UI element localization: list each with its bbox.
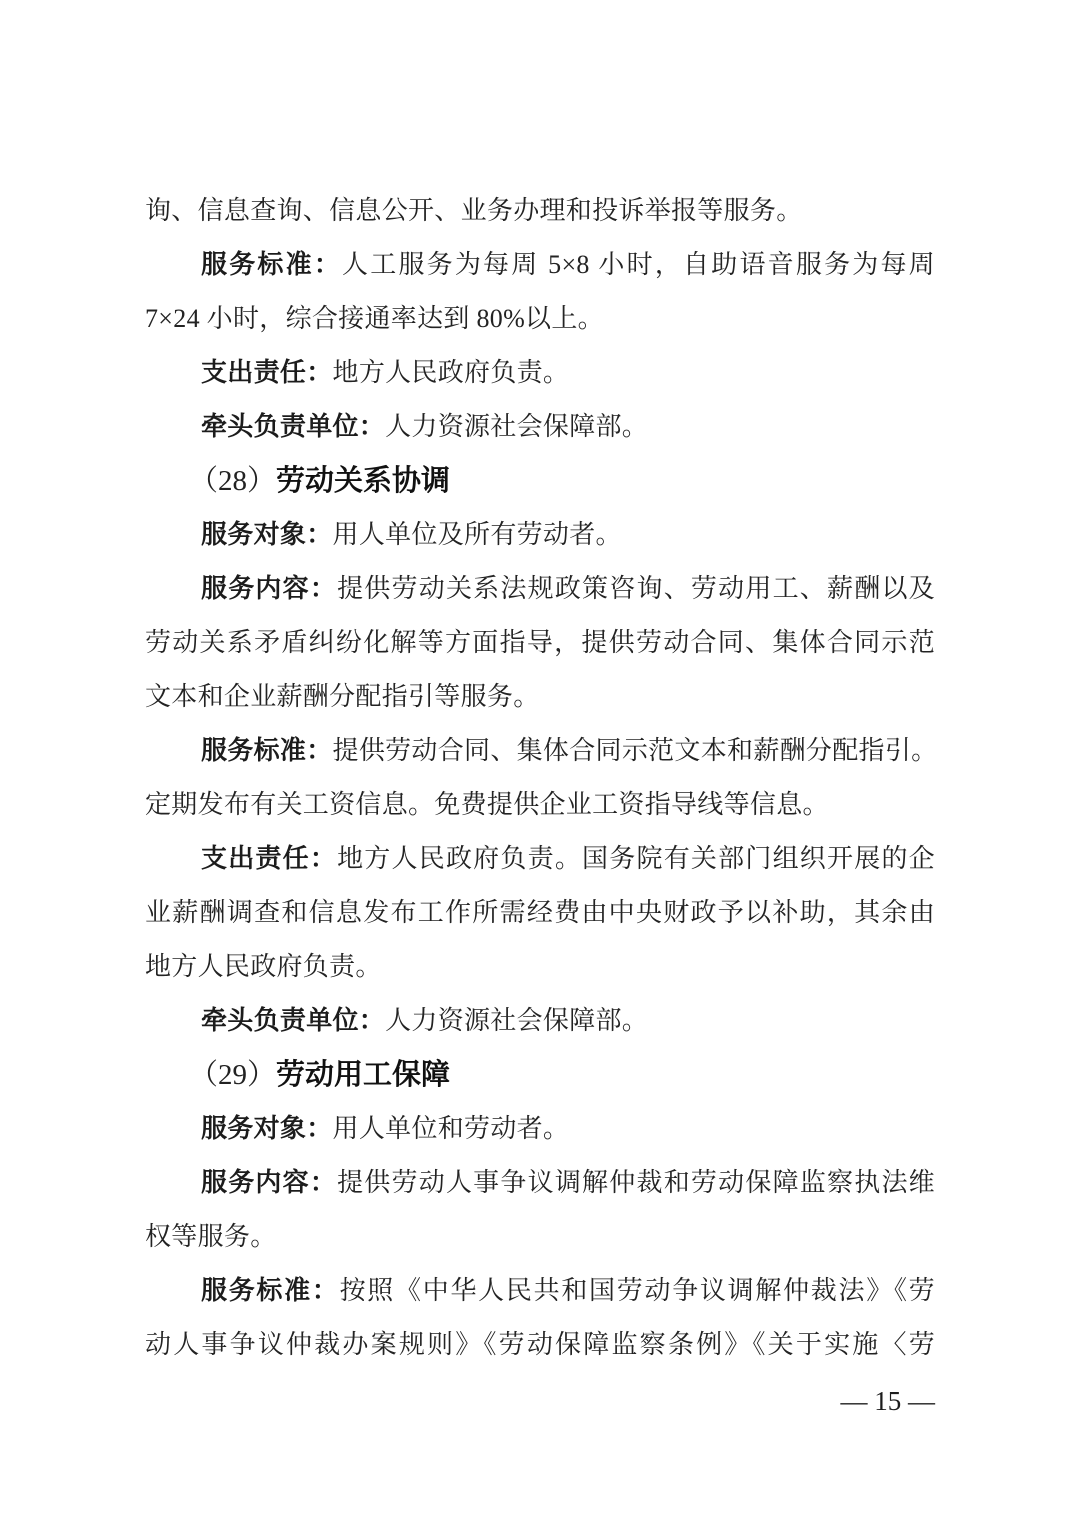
body-line: 服务对象：用人单位及所有劳动者。 [145,508,935,562]
body-line: 业薪酬调查和信息发布工作所需经费由中央财政予以补助，其余由 [145,886,935,940]
body-line: 文本和企业薪酬分配指引等服务。 [145,670,935,724]
field-label: 服务对象： [201,1114,333,1143]
body-line: 地方人民政府负责。 [145,940,935,994]
field-label: 服务标准： [201,250,342,279]
line-text: 用人单位及所有劳动者。 [333,520,622,549]
section-title: 劳动用工保障 [276,1059,450,1091]
body-line: 劳动关系矛盾纠纷化解等方面指导，提供劳动合同、集体合同示范 [145,616,935,670]
body-line: 定期发布有关工资信息。免费提供企业工资指导线等信息。 [145,778,935,832]
field-label: 服务标准： [201,736,333,765]
line-text: 地方人民政府负责。 [145,952,382,981]
field-label: 牵头负责单位： [201,1006,385,1035]
line-text: 按照《中华人民共和国劳动争议调解仲裁法》《劳 [340,1276,935,1305]
field-label: 支出责任： [201,844,337,873]
body-line: 支出责任：地方人民政府负责。国务院有关部门组织开展的企 [145,832,935,886]
document-page: 询、信息查询、信息公开、业务办理和投诉举报等服务。 服务标准：人工服务为每周 5… [0,0,1080,1527]
field-label: 服务标准： [201,1276,340,1305]
body-line: 服务标准：按照《中华人民共和国劳动争议调解仲裁法》《劳 [145,1264,935,1318]
body-line: 7×24 小时，综合接通率达到 80%以上。 [145,292,935,346]
line-text: 定期发布有关工资信息。免费提供企业工资指导线等信息。 [145,790,829,819]
line-text: 人力资源社会保障部。 [385,412,648,441]
body-line: 服务标准：提供劳动合同、集体合同示范文本和薪酬分配指引。 [145,724,935,778]
line-text: 提供劳动人事争议调解仲裁和劳动保障监察执法维 [337,1168,935,1197]
line-text: 动人事争议仲裁办案规则》《劳动保障监察条例》《关于实施〈劳 [145,1330,935,1359]
field-label: 服务对象： [201,520,333,549]
line-text: 用人单位和劳动者。 [333,1114,570,1143]
line-text: 文本和企业薪酬分配指引等服务。 [145,682,540,711]
body-line: 动人事争议仲裁办案规则》《劳动保障监察条例》《关于实施〈劳 [145,1318,935,1372]
line-text: 人工服务为每周 5×8 小时，自助语音服务为每周 [342,250,935,279]
line-text: 地方人民政府负责。国务院有关部门组织开展的企 [337,844,935,873]
body-line: 服务对象：用人单位和劳动者。 [145,1102,935,1156]
line-text: 地方人民政府负责。 [333,358,570,387]
section-number: （28） [189,465,276,497]
body-line: 牵头负责单位：人力资源社会保障部。 [145,400,935,454]
section-number: （29） [189,1059,276,1091]
field-label: 服务内容： [201,1168,337,1197]
line-text: 提供劳动合同、集体合同示范文本和薪酬分配指引。 [333,736,935,765]
field-label: 服务内容： [201,574,337,603]
line-text: 人力资源社会保障部。 [385,1006,648,1035]
body-line: 支出责任：地方人民政府负责。 [145,346,935,400]
body-line: 服务标准：人工服务为每周 5×8 小时，自助语音服务为每周 [145,238,935,292]
body-line: 权等服务。 [145,1210,935,1264]
page-number: — 15 — [0,1376,1080,1426]
body-line: 牵头负责单位：人力资源社会保障部。 [145,994,935,1048]
section-heading-28: （28）劳动关系协调 [145,454,935,508]
document-body: 询、信息查询、信息公开、业务办理和投诉举报等服务。 服务标准：人工服务为每周 5… [0,0,1080,1372]
field-label: 支出责任： [201,358,333,387]
section-heading-29: （29）劳动用工保障 [145,1048,935,1102]
field-label: 牵头负责单位： [201,412,385,441]
body-line: 服务内容：提供劳动人事争议调解仲裁和劳动保障监察执法维 [145,1156,935,1210]
line-text: 询、信息查询、信息公开、业务办理和投诉举报等服务。 [145,196,803,225]
line-text: 提供劳动关系法规政策咨询、劳动用工、薪酬以及 [337,574,935,603]
line-text: 7×24 小时，综合接通率达到 80%以上。 [145,304,604,333]
body-line: 询、信息查询、信息公开、业务办理和投诉举报等服务。 [145,184,935,238]
line-text: 权等服务。 [145,1222,277,1251]
line-text: 劳动关系矛盾纠纷化解等方面指导，提供劳动合同、集体合同示范 [145,628,935,657]
line-text: 业薪酬调查和信息发布工作所需经费由中央财政予以补助，其余由 [145,898,935,927]
body-line: 服务内容：提供劳动关系法规政策咨询、劳动用工、薪酬以及 [145,562,935,616]
section-title: 劳动关系协调 [276,465,450,497]
